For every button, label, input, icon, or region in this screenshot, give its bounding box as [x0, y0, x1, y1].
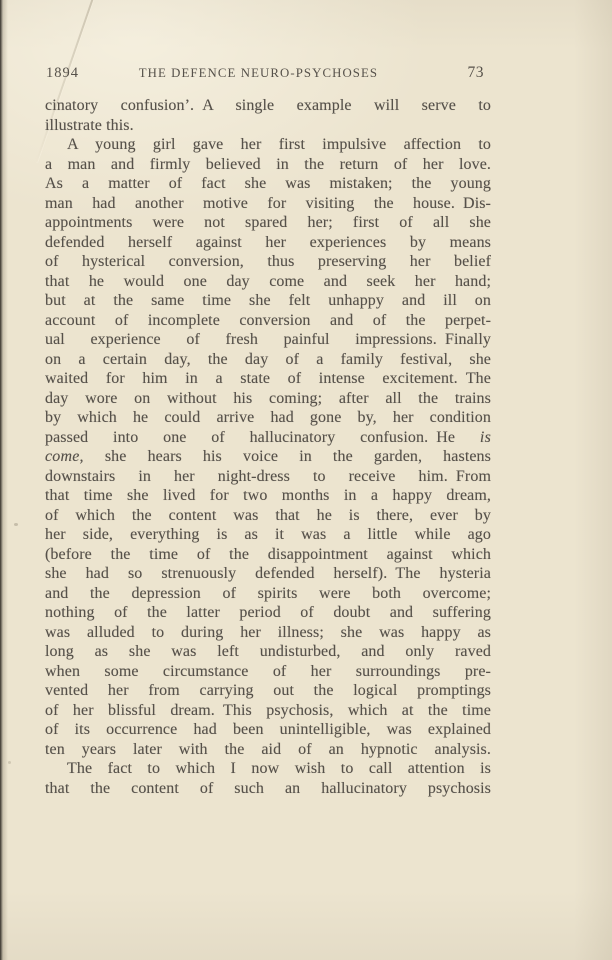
- text-line: on a certain day, the day of a family fe…: [45, 350, 491, 370]
- text-line: but at the same time she felt unhappy an…: [45, 291, 491, 311]
- text-line: of which the content was that he is ther…: [45, 506, 491, 526]
- text-line: a man and firmly believed in the return …: [45, 155, 491, 175]
- text-line: waited for him in a state of intense exc…: [45, 369, 491, 389]
- header-page-number: 73: [468, 64, 485, 82]
- page-body-text: cinatory confusion’. A single example wi…: [45, 96, 491, 798]
- header-year: 1894: [46, 65, 79, 82]
- book-page: 1894 THE DEFENCE NEURO-PSYCHOSES 73 cina…: [0, 0, 612, 960]
- paper-speck: [8, 761, 11, 764]
- text-line: ual experience of fresh painful impressi…: [45, 330, 491, 350]
- text-line: As a matter of fact she was mistaken; th…: [45, 174, 491, 194]
- text-line: man had another motive for visiting the …: [45, 194, 491, 214]
- text-line: illustrate this.: [45, 116, 491, 136]
- text-line: come, she hears his voice in the garden,…: [45, 447, 491, 467]
- text-line: passed into one of hallucinatory confusi…: [45, 428, 491, 448]
- text-line: cinatory confusion’. A single example wi…: [45, 96, 491, 116]
- header-running-title: THE DEFENCE NEURO-PSYCHOSES: [139, 66, 378, 81]
- text-line: appointments were not spared her; first …: [45, 213, 491, 233]
- text-line: vented her from carrying out the logical…: [45, 681, 491, 701]
- text-line: was alluded to during her illness; she w…: [45, 623, 491, 643]
- text-line: downstairs in her night-dress to receive…: [45, 467, 491, 487]
- text-line: when some circumstance of her surroundin…: [45, 662, 491, 682]
- text-line: ten years later with the aid of an hypno…: [45, 740, 491, 760]
- text-line: of its occurrence had been unintelligibl…: [45, 720, 491, 740]
- text-line: that time she lived for two months in a …: [45, 486, 491, 506]
- text-line: A young girl gave her first impulsive af…: [45, 135, 491, 155]
- text-line: long as she was left undisturbed, and on…: [45, 642, 491, 662]
- text-line: nothing of the latter period of doubt an…: [45, 603, 491, 623]
- text-line: by which he could arrive had gone by, he…: [45, 408, 491, 428]
- text-line: that he would one day come and seek her …: [45, 272, 491, 292]
- text-line: of her blissful dream. This psychosis, w…: [45, 701, 491, 721]
- text-line: (before the time of the disappointment a…: [45, 545, 491, 565]
- text-line: account of incomplete conversion and of …: [45, 311, 491, 331]
- page-header: 1894 THE DEFENCE NEURO-PSYCHOSES 73: [45, 63, 491, 83]
- text-line: of hysterical conversion, thus preservin…: [45, 252, 491, 272]
- text-line: The fact to which I now wish to call att…: [45, 759, 491, 779]
- text-line: she had so strenuously defended herself)…: [45, 564, 491, 584]
- text-line: that the content of such an hallucinator…: [45, 779, 491, 799]
- text-line: day wore on without his coming; after al…: [45, 389, 491, 409]
- text-line: defended herself against her experiences…: [45, 233, 491, 253]
- scan-edge-shadow: [0, 0, 9, 960]
- text-line: her side, everything is as it was a litt…: [45, 525, 491, 545]
- paper-speck: [14, 523, 18, 526]
- text-line: and the depression of spirits were both …: [45, 584, 491, 604]
